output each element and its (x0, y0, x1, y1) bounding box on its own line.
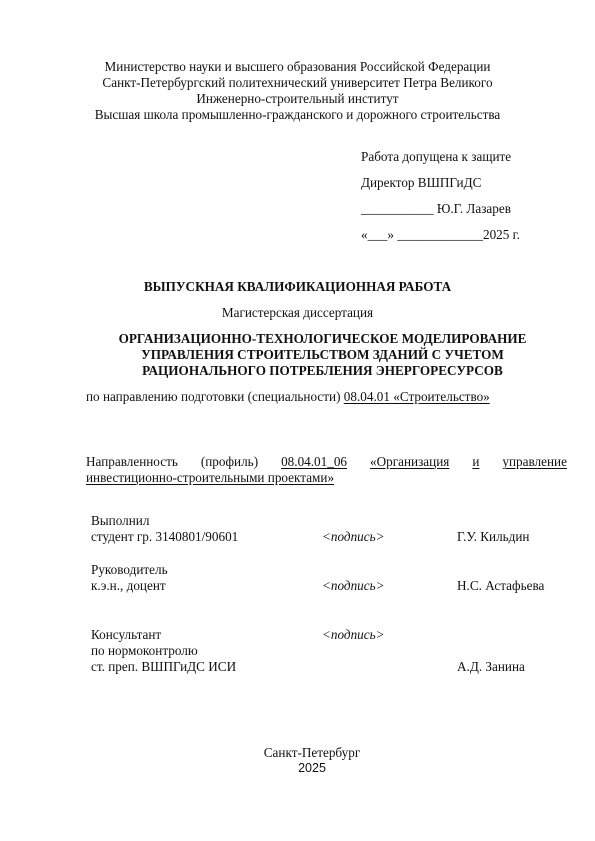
approval-signature-line: ___________ Ю.Г. Лазарев (361, 201, 511, 217)
consultant-area: по нормоконтролю (91, 643, 198, 659)
supervisor-title: к.э.н., доцент (91, 578, 166, 594)
student-name: Г.У. Кильдин (457, 529, 529, 545)
consultant-role: Консультант (91, 627, 161, 643)
header-ministry: Министерство науки и высшего образования… (0, 58, 595, 75)
header-school: Высшая школа промышленно-гражданского и … (0, 106, 595, 123)
profile-word-2: и (472, 454, 479, 470)
thesis-title-line-1: ОРГАНИЗАЦИОННО-ТЕХНОЛОГИЧЕСКОЕ МОДЕЛИРОВ… (80, 331, 565, 347)
consultant-signature: <подпись> (322, 627, 385, 643)
profile-label: Направленность (86, 454, 178, 470)
profile-word-3: управление (502, 454, 567, 470)
profile-word-1: «Организация (370, 454, 449, 470)
profile-code: 08.04.01_06 (281, 454, 347, 470)
student-signature: <подпись> (322, 529, 385, 545)
profile-label-paren: (профиль) (201, 454, 258, 470)
direction-value: 08.04.01 «Строительство» (344, 389, 490, 404)
approval-admitted: Работа допущена к защите (361, 149, 511, 165)
direction-line: по направлению подготовки (специальности… (86, 389, 490, 405)
approval-position: Директор ВШПГиДС (361, 175, 481, 191)
consultant-name: А.Д. Занина (457, 659, 525, 675)
footer-year: 2025 (212, 761, 412, 775)
header-university: Санкт-Петербургский политехнический унив… (0, 74, 595, 91)
thesis-title-line-3: РАЦИОНАЛЬНОГО ПОТРЕБЛЕНИЯ ЭНЕРГОРЕСУРСОВ (80, 363, 565, 379)
supervisor-signature: <подпись> (322, 578, 385, 594)
student-role: Выполнил (91, 513, 149, 529)
supervisor-name: Н.С. Астафьева (457, 578, 544, 594)
footer-city: Санкт-Петербург (212, 745, 412, 761)
profile-line-1: Направленность (профиль) 08.04.01_06 «Ор… (86, 454, 567, 470)
student-group: студент гр. 3140801/90601 (91, 529, 238, 545)
approval-date-line: «___» _____________2025 г. (361, 227, 520, 243)
header-institute: Инженерно-строительный институт (0, 90, 595, 107)
direction-prefix: по направлению подготовки (специальности… (86, 389, 340, 404)
supervisor-role: Руководитель (91, 562, 168, 578)
thesis-title-line-2: УПРАВЛЕНИЯ СТРОИТЕЛЬСТВОМ ЗДАНИЙ С УЧЕТО… (80, 347, 565, 363)
work-subtype: Магистерская диссертация (0, 305, 595, 321)
work-type: ВЫПУСКНАЯ КВАЛИФИКАЦИОННАЯ РАБОТА (0, 279, 595, 295)
consultant-title: ст. преп. ВШПГиДС ИСИ (91, 659, 236, 675)
profile-line-2: инвестиционно-строительными проектами» (86, 470, 334, 486)
